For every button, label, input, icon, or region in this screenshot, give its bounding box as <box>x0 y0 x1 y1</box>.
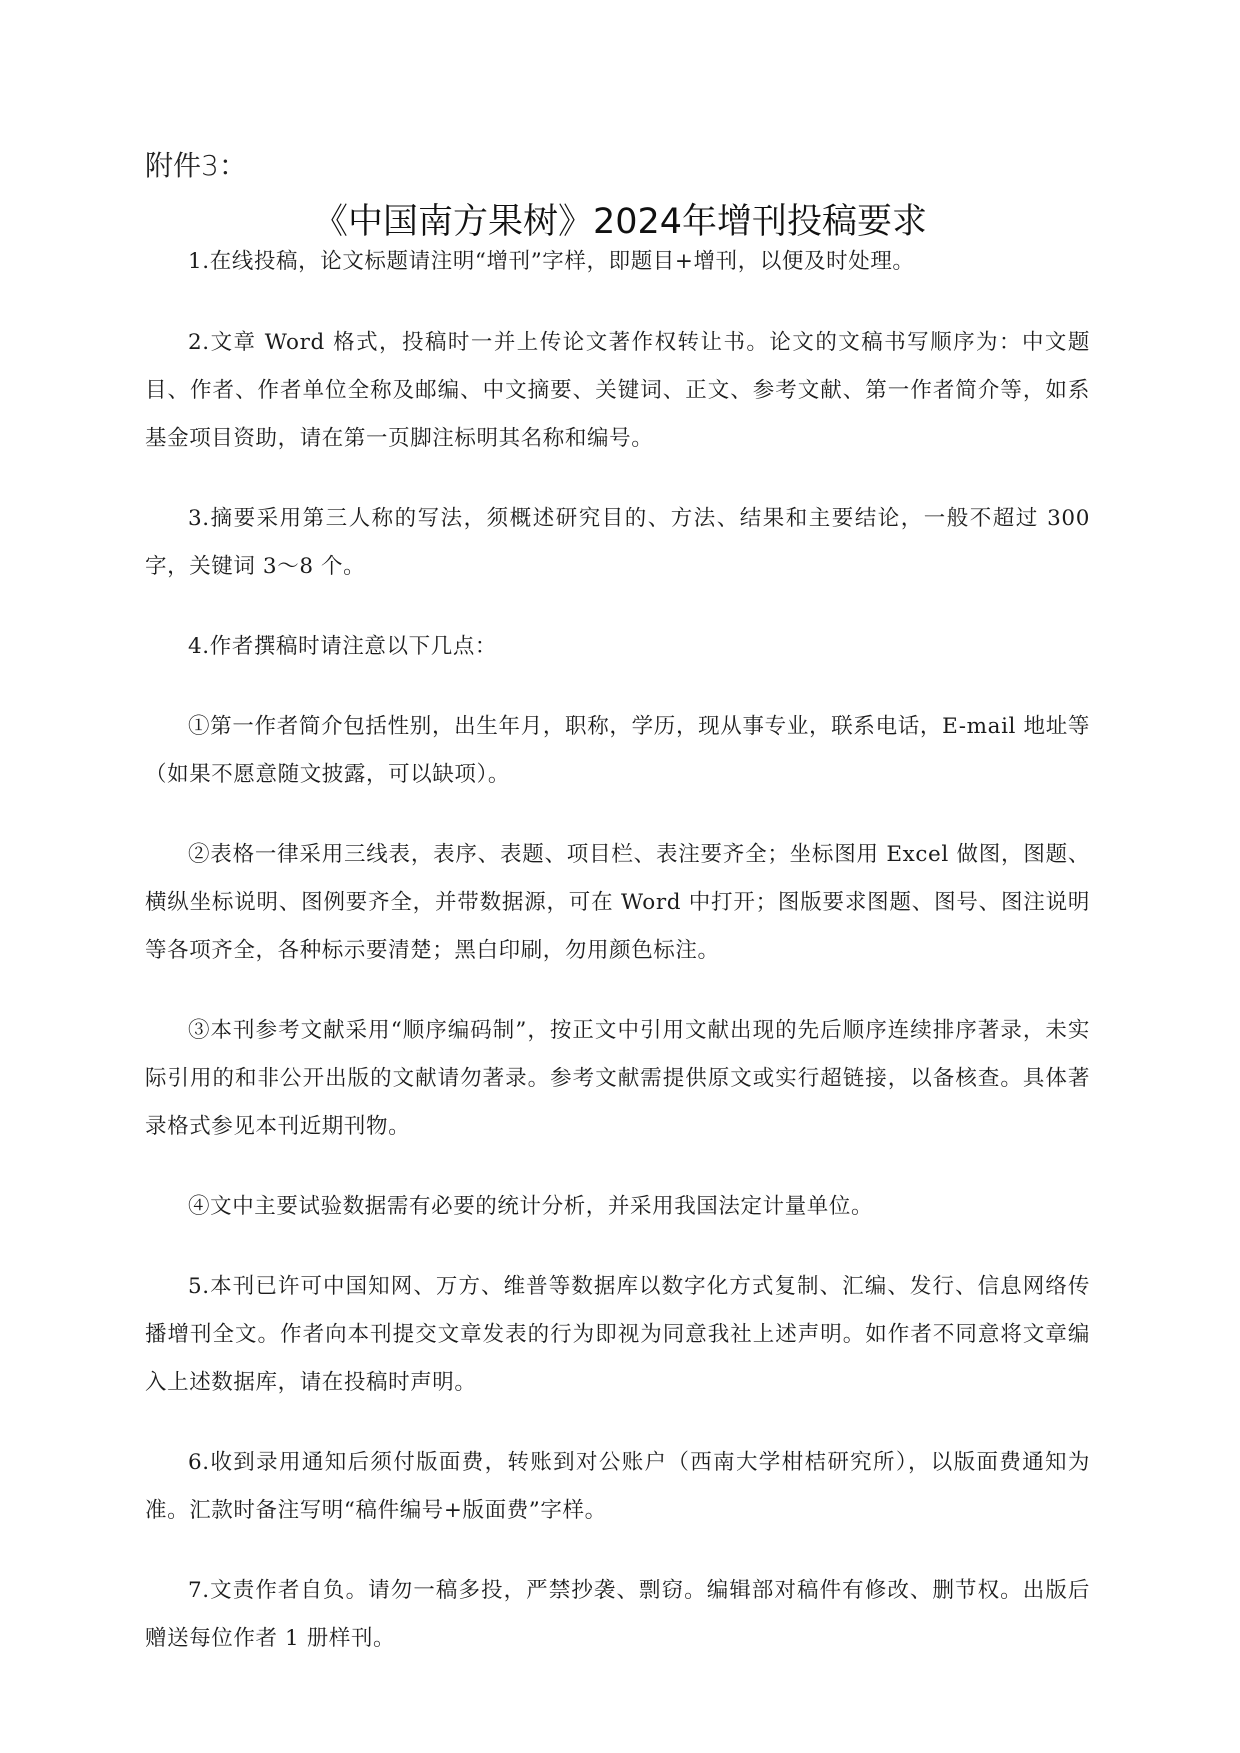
paragraph-references: ③本刊参考文献采用“顺序编码制”，按正文中引用文献出现的先后顺序连续排序著录，未… <box>145 1007 1090 1151</box>
paragraph-online-submission: 1.在线投稿，论文标题请注明“增刊”字样，即题目+增刊，以便及时处理。 <box>145 238 1090 286</box>
paragraph-abstract-requirements: 3.摘要采用第三人称的写法，须概述研究目的、方法、结果和主要结论，一般不超过 3… <box>145 495 1090 591</box>
paragraph-database-license: 5.本刊已许可中国知网、万方、维普等数据库以数字化方式复制、汇编、发行、信息网络… <box>145 1263 1090 1407</box>
attachment-label: 附件3： <box>145 148 247 184</box>
paragraph-author-bio: ①第一作者简介包括性别，出生年月，职称，学历，现从事专业，联系电话，E-mail… <box>145 703 1090 799</box>
paragraph-page-fees: 6.收到录用通知后须付版面费，转账到对公账户（西南大学柑桔研究所），以版面费通知… <box>145 1439 1090 1535</box>
document-page: 附件3： 《中国南方果树》2024年增刊投稿要求 1.在线投稿，论文标题请注明“… <box>0 0 1240 1753</box>
paragraph-author-responsibility: 7.文责作者自负。请勿一稿多投，严禁抄袭、剽窃。编辑部对稿件有修改、删节权。出版… <box>145 1567 1090 1663</box>
paragraph-format-requirements: 2.文章 Word 格式，投稿时一并上传论文著作权转让书。论文的文稿书写顺序为：… <box>145 319 1090 463</box>
paragraph-author-notes-heading: 4.作者撰稿时请注意以下几点： <box>145 623 1090 671</box>
paragraph-tables-figures: ②表格一律采用三线表，表序、表题、项目栏、表注要齐全；坐标图用 Excel 做图… <box>145 831 1090 975</box>
paragraph-statistics: ④文中主要试验数据需有必要的统计分析，并采用我国法定计量单位。 <box>145 1183 1090 1231</box>
